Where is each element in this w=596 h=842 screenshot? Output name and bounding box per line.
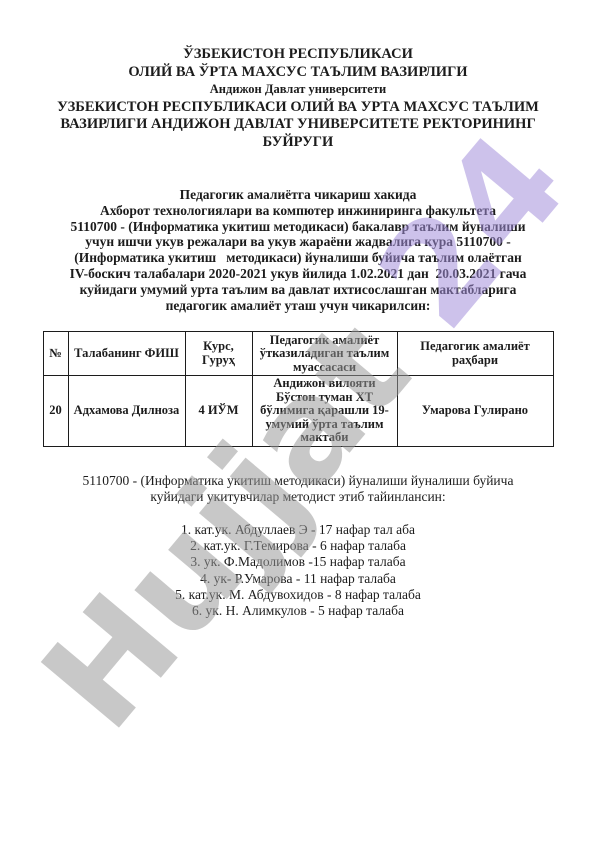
order-line: учун ишчи укув режалари ва укув жараёни … [36,234,560,250]
list-item: 5. кат.ук. М. Абдувохидов - 8 нафар тала… [36,587,560,603]
header-line-republic: ЎЗБЕКИСТОН РЕСПУБЛИКАСИ [36,46,560,64]
assignment-line: 5110700 - (Информатика укитиш методикаси… [36,473,560,489]
col-header-course-group: Курс, Гуруҳ [185,332,252,376]
order-line: IV-боскич талабалари 2020-2021 укув йили… [36,266,560,282]
order-line: (Информатика укитиш методикаси) йуналиши… [36,250,560,266]
col-header-number: № [43,332,68,376]
header-line-order-title-2: ВАЗИРЛИГИ АНДИЖОН ДАВЛАТ УНИВЕРСИТЕТЕ РЕ… [36,116,560,134]
order-line: 5110700 - (Информатика укитиш методикаси… [36,219,560,235]
header-line-university: Андижон Давлат университети [36,81,560,99]
order-line: Педагогик амалиётга чикариш хакида [36,187,560,203]
order-line: Ахборот технологиялари ва компютер инжин… [36,203,560,219]
list-item: 1. кат.ук. Абдуллаев Э - 17 нафар тал аб… [36,522,560,538]
students-table: № Талабанинг ФИШ Курс, Гуруҳ Педагогик а… [43,331,554,447]
list-item: 6. ук. Н. Алимкулов - 5 нафар талаба [36,603,560,619]
list-item: 3. ук. Ф.Мадолимов -15 нафар талаба [36,554,560,570]
cell-number: 20 [43,376,68,447]
order-line: куйидаги умумий урта таълим ва давлат их… [36,282,560,298]
col-header-institution: Педагогик амалиёт ўтказиладиган таълим м… [252,332,397,376]
header-line-order-title-1: УЗБЕКИСТОН РЕСПУБЛИКАСИ ОЛИЙ ВА УРТА МАХ… [36,99,560,117]
ministry-header: ЎЗБЕКИСТОН РЕСПУБЛИКАСИ ОЛИЙ ВА ЎРТА МАХ… [36,46,560,151]
order-paragraph: Педагогик амалиётга чикариш хакида Ахбор… [36,187,560,313]
header-line-order-title-3: БУЙРУГИ [36,134,560,152]
table-header-row: № Талабанинг ФИШ Курс, Гуруҳ Педагогик а… [43,332,553,376]
col-header-student-name: Талабанинг ФИШ [68,332,185,376]
methodist-assignment-paragraph: 5110700 - (Информатика укитиш методикаси… [36,473,560,505]
cell-student-name: Адхамова Дилноза [68,376,185,447]
order-line: педагогик амалиёт уташ учун чикарилсин: [36,298,560,314]
cell-course-group: 4 ИЎМ [185,376,252,447]
document-page: ЎЗБЕКИСТОН РЕСПУБЛИКАСИ ОЛИЙ ВА ЎРТА МАХ… [0,0,596,842]
teachers-list: 1. кат.ук. Абдуллаев Э - 17 нафар тал аб… [36,522,560,620]
list-item: 2. кат.ук. Г.Темирова - 6 нафар талаба [36,538,560,554]
header-line-ministry: ОЛИЙ ВА ЎРТА МАХСУС ТАЪЛИМ ВАЗИРЛИГИ [36,64,560,82]
cell-supervisor: Умарова Гулирано [397,376,553,447]
document-content: ЎЗБЕКИСТОН РЕСПУБЛИКАСИ ОЛИЙ ВА ЎРТА МАХ… [36,46,560,620]
col-header-supervisor: Педагогик амалиёт раҳбари [397,332,553,376]
cell-institution: Андижон вилояти Бўстон туман ХТ бўлимига… [252,376,397,447]
list-item: 4. ук- Р.Умарова - 11 нафар талаба [36,571,560,587]
table-row: 20 Адхамова Дилноза 4 ИЎМ Андижон вилоят… [43,376,553,447]
assignment-line: куйидаги укитувчилар методист этиб тайин… [36,489,560,505]
